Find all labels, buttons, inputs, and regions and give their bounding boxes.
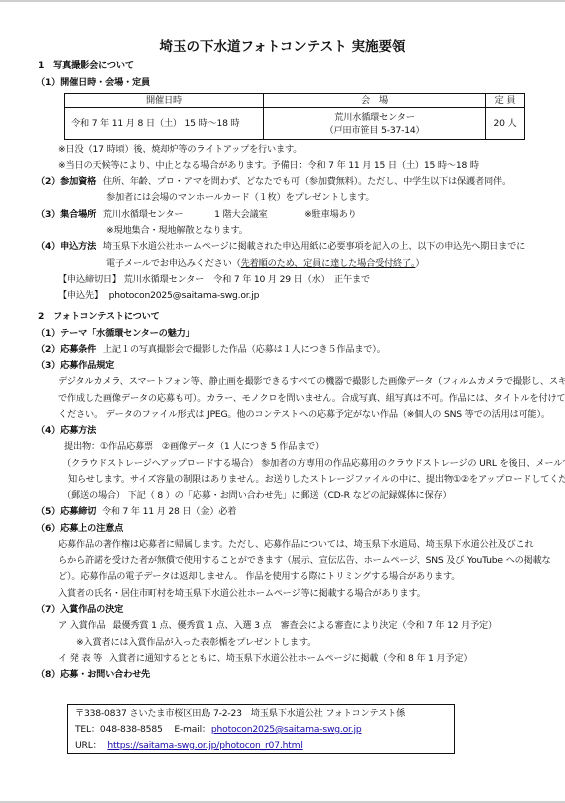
section1-item2: （2）参加資格 住所、年齢、プロ・アマを問わず、どなたでも可（参加費無料）。ただ… (36, 176, 511, 188)
item4-text2: 電子メールでお申込みください（先着順のため、定員に達した場合受付終了。） (106, 258, 424, 270)
contact-tel-email: TEL：048-838-8585 E-mail：photocon2025@sai… (75, 724, 362, 736)
s2-item4-line3: 知らせします。サイズ容量の制限はありません。お送りしたストレージファイルの中に、… (68, 474, 565, 486)
header-date: 開催日時 (65, 94, 264, 108)
section1-item3: （3）集合場所 荒川水循環センター 1 階大会議室 ※駐車場あり (36, 209, 357, 221)
s2-item7-b: イ 発 表 等 入賞者に通知するとともに、埼玉県下水道公社ホームページに掲載（令… (58, 653, 472, 665)
s2-item7-a: ア 入賞作品 最優秀賞 1 点、優秀賞 1 点、入選 3 点 審査会による審査に… (58, 620, 497, 632)
item3-parking: ※駐車場あり (304, 209, 356, 220)
table-row: 令和 7 年 11 月 8 日（土） 15 時～18 時 荒川水循環センター （… (65, 108, 525, 140)
s2-item4-line4: （郵送の場合） 下記（ 8 ）の「応募・お問い合わせ先」に郵送（CD-R などの… (62, 490, 451, 502)
item4-label: （4）申込方法 (36, 241, 96, 252)
s2-item6-line4: 入賞者の氏名・居住市町村を埼玉県下水道公社ホームページ等に掲載する場合があります… (58, 588, 426, 600)
s2-item5-label: （5）応募締切 (36, 506, 96, 517)
document-title: 埼玉の下水道フォトコンテスト 実施要領 (0, 38, 565, 56)
s2-item2-text: 上記１の写真撮影会で撮影した作品（応募は１人につき５作品まで）。 (103, 344, 386, 355)
s2-item6-line2: らから許諾を受けた者が無償で使用することができます（展示、宣伝広告、ホームページ… (58, 555, 551, 567)
item4-text: 埼玉県下水道公社ホームページに掲載された申込用紙に必要事項を記入の上、以下の申込… (103, 241, 525, 252)
section1-item4: （4）申込方法 埼玉県下水道公社ホームページに掲載された申込用紙に必要事項を記入… (36, 241, 525, 253)
s2-item3-line1: デジタルカメラ、スマートフォン等、静止画を撮影できるすべての機器で撮影した画像デ… (58, 376, 565, 388)
s2-item7-a-note: ※入賞者には入賞作品が入った表彰楯をプレゼントします。 (76, 637, 316, 649)
item4-text2-prefix: 電子メールでお申込みください（ (106, 258, 241, 269)
s2-item7-a-label: ア 入賞作品 (58, 620, 106, 631)
item4-deadline: 【申込締切日】 荒川水循環センター 令和 7 年 10 月 29 日（水） 正午… (58, 274, 370, 286)
venue-name: 荒川水循環センター (268, 111, 481, 124)
section1-item1-label: （1）開催日時・会場・定員 (36, 77, 150, 89)
s2-item7-b-label: イ 発 表 等 (58, 653, 102, 664)
item4-address-email: photocon2025@saitama-swg.or.jp (109, 290, 260, 301)
item3-room: 1 階大会議室 (214, 209, 267, 220)
contact-url-line: URL： https://saitama-swg.or.jp/photocon_… (75, 740, 303, 752)
page-top-edge (0, 0, 565, 2)
section1-heading: 1 写真撮影会について (38, 60, 134, 72)
header-capacity: 定 員 (486, 94, 525, 108)
item4-text2-underlined: 先着順のため、定員に達した場合受付終了。 (241, 258, 416, 269)
s2-item7-b-text: 入賞者に通知するとともに、埼玉県下水道公社ホームページに掲載（令和 8 年 1 … (109, 653, 473, 664)
section2-heading: 2 フォトコンテストについて (38, 311, 160, 323)
s2-item4-line1: 提出物：①作品応募票 ②画像データ（1 人につき 5 作品まで） (64, 441, 324, 453)
s2-item3-line2: で作成した画像データの応募も可）。カラー、モノクロを問いません。合成写真、組写真… (58, 393, 565, 405)
s2-item5-text: 令和 7 年 11 月 28 日（金）必着 (102, 506, 236, 517)
s2-item4-line2: （クラウドストレージへアップロードする場合） 参加者の方専用の作品応募用のクラウ… (62, 458, 565, 470)
section2-item4-label: （4）応募方法 (36, 425, 96, 437)
table-header-row: 開催日時 会 場 定 員 (65, 94, 525, 108)
contact-url-link[interactable]: https://saitama-swg.or.jp/photocon_r07.h… (107, 740, 302, 751)
contact-tel-label: TEL：048-838-8585 E-mail： (75, 724, 211, 735)
section2-item8-label: （8）応募・お問い合わせ先 (36, 669, 150, 681)
item2-label: （2）参加資格 (36, 176, 96, 187)
cell-venue: 荒川水循環センター （戸田市笹目 5-37-14） (264, 108, 486, 140)
header-venue: 会 場 (264, 94, 486, 108)
item3-label: （3）集合場所 (36, 209, 96, 220)
note-sunset: ※日没（17 時頃）後、焼却炉等のライトアップを行います。 (58, 144, 302, 156)
item4-address-label: 【申込先】 (58, 290, 103, 301)
item2-text: 住所、年齢、プロ・アマを問わず、どなたでも可（参加費無料）。ただし、中学生以下は… (103, 176, 511, 187)
venue-address: （戸田市笹目 5-37-14） (268, 124, 481, 137)
item3-place: 荒川水循環センター (103, 209, 184, 220)
item2-text2: 参加者には会場のマンホールカード（１枚）をプレゼントします。 (106, 192, 374, 204)
section2-item5: （5）応募締切 令和 7 年 11 月 28 日（金）必着 (36, 506, 236, 518)
contact-email-link[interactable]: photocon2025@saitama-swg.or.jp (211, 724, 362, 735)
cell-date: 令和 7 年 11 月 8 日（土） 15 時～18 時 (65, 108, 264, 140)
cell-capacity: 20 人 (486, 108, 525, 140)
item4-text2-suffix: ） (415, 258, 424, 269)
section2-item6-label: （6）応募上の注意点 (36, 523, 123, 535)
s2-item6-line3: ど）。応募作品の電子データは返却しません。 作品を使用する際にトリミングする場合… (58, 571, 460, 583)
contact-box: 〒338-0837 さいたま市桜区田島 7-2-23 埼玉県下水道公社 フォトコ… (67, 704, 455, 754)
section2-item3-label: （3）応募作品規定 (36, 360, 114, 372)
item3-note: ※現地集合・現地解散となります。 (106, 225, 248, 237)
item4-address: 【申込先】 photocon2025@saitama-swg.or.jp (58, 290, 259, 302)
s2-item3-line3: ください。 データのファイル形式は JPEG。他のコンテストへの応募予定がない作… (58, 409, 550, 421)
s2-item6-line1: 応募作品の著作権は応募者に帰属します。ただし、応募作品については、埼玉県下水道局… (58, 539, 533, 551)
section2-item7-label: （7）入賞作品の決定 (36, 604, 123, 616)
s2-item7-a-text: 最優秀賞 1 点、優秀賞 1 点、入選 3 点 審査会による審査により決定（令和… (112, 620, 497, 631)
contact-address: 〒338-0837 さいたま市桜区田島 7-2-23 埼玉県下水道公社 フォトコ… (75, 708, 405, 720)
schedule-table: 開催日時 会 場 定 員 令和 7 年 11 月 8 日（土） 15 時～18 … (64, 93, 525, 140)
section2-item1-label: （1）テーマ「水循環センターの魅力」 (36, 328, 195, 340)
section2-item2: （2）応募条件 上記１の写真撮影会で撮影した作品（応募は１人につき５作品まで）。 (36, 344, 386, 356)
contact-url-label: URL： (75, 740, 102, 751)
note-weather: ※当日の天候等により、中止となる場合があります。予備日：令和 7 年 11 月 … (58, 160, 479, 172)
s2-item2-label: （2）応募条件 (36, 344, 96, 355)
